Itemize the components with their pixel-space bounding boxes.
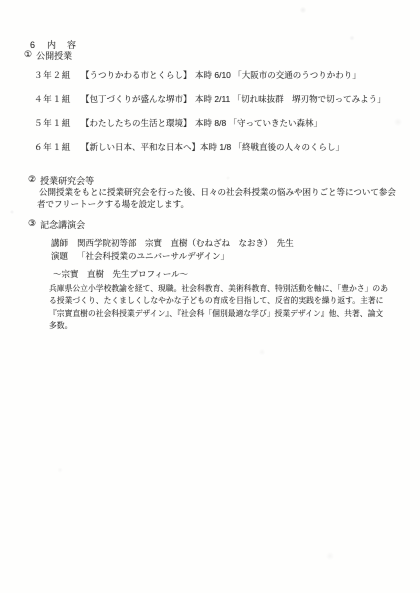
unit-title: 【包丁づくりが盛んな堺市】 <box>81 93 192 105</box>
section-lecture-heading: ③ 記念講演会 <box>28 218 85 231</box>
profile-line: 多数。 <box>49 320 72 331</box>
section-title: 公開授業 <box>36 49 72 62</box>
lecturer-name: 関西学院初等部 宗實 直樹（むねざね なおき） 先生 <box>77 237 294 249</box>
lesson-info: 本時 8/8 「守っていきたい森林」 <box>195 117 322 129</box>
body-line: 者でフリートークする場を設定します。 <box>37 198 189 210</box>
unit-title: 【新しい日本、平和な日本へ】 <box>81 141 200 153</box>
profile-line: 『宗實直樹の社会科授業デザイン』、『社会科「個別最適な学び」授業デザイン』他、共… <box>49 308 383 319</box>
class-label: ５年１組 <box>34 117 71 129</box>
section-open-lessons-heading: ① 公開授業 <box>24 49 72 62</box>
lecturer-row: 講師 関西学院初等部 宗實 直樹（むねざね なおき） 先生 <box>51 237 294 249</box>
class-label: ６年１組 <box>34 141 71 153</box>
scanned-document-page: 6内 容 ① 公開授業 ３年２組 【うつりかわる市とくらし】 本時 6/10 「… <box>0 0 420 593</box>
lesson-info: 本時 2/11 「切れ味抜群 堺刃物で切ってみよう」 <box>195 93 386 105</box>
class-row: ３年２組 【うつりかわる市とくらし】 本時 6/10 「大阪市の交通のうつりかわ… <box>34 69 416 81</box>
section-title: 記念講演会 <box>40 218 85 231</box>
lesson-info: 本時 6/10 「大阪市の交通のうつりかわり」 <box>195 69 361 81</box>
theme-title: 「社会科授業のユニバーサルデザイン」 <box>77 250 229 262</box>
unit-title: 【うつりかわる市とくらし】 <box>81 69 192 81</box>
lesson-info: 本時 1/8 「終戦直後の人々のくらし」 <box>200 141 344 153</box>
section-marker: ② <box>28 174 36 187</box>
class-row: ４年１組 【包丁づくりが盛んな堺市】 本時 2/11 「切れ味抜群 堺刃物で切っ… <box>34 93 416 105</box>
class-label: ３年２組 <box>34 69 71 81</box>
unit-title: 【わたしたちの生活と環境】 <box>81 117 192 129</box>
theme-row: 演題 「社会科授業のユニバーサルデザイン」 <box>51 250 229 262</box>
body-line: 公開授業をもとに授業研究会を行った後、日々の社会科授業の悩みや困りごと等について… <box>39 186 396 198</box>
section-marker: ① <box>24 49 32 62</box>
class-label: ４年１組 <box>34 93 71 105</box>
lecturer-label: 講師 <box>51 237 68 249</box>
class-row: ６年１組 【新しい日本、平和な日本へ】 本時 1/8 「終戦直後の人々のくらし」 <box>34 141 416 153</box>
theme-label: 演題 <box>51 250 68 262</box>
profile-heading: ～宗實 直樹 先生プロフィール～ <box>53 268 188 280</box>
profile-line: 兵庫県公立小学校教諭を経て、現職。社会科教育、美術科教育、特別活動を軸に、「豊か… <box>49 283 388 294</box>
profile-line: る授業づくり、たくましくしなやかな子どもの育成を目指して、反省的実践を繰り返す。… <box>49 295 383 306</box>
class-row: ５年１組 【わたしたちの生活と環境】 本時 8/8 「守っていきたい森林」 <box>34 117 416 129</box>
section-marker: ③ <box>28 218 36 231</box>
